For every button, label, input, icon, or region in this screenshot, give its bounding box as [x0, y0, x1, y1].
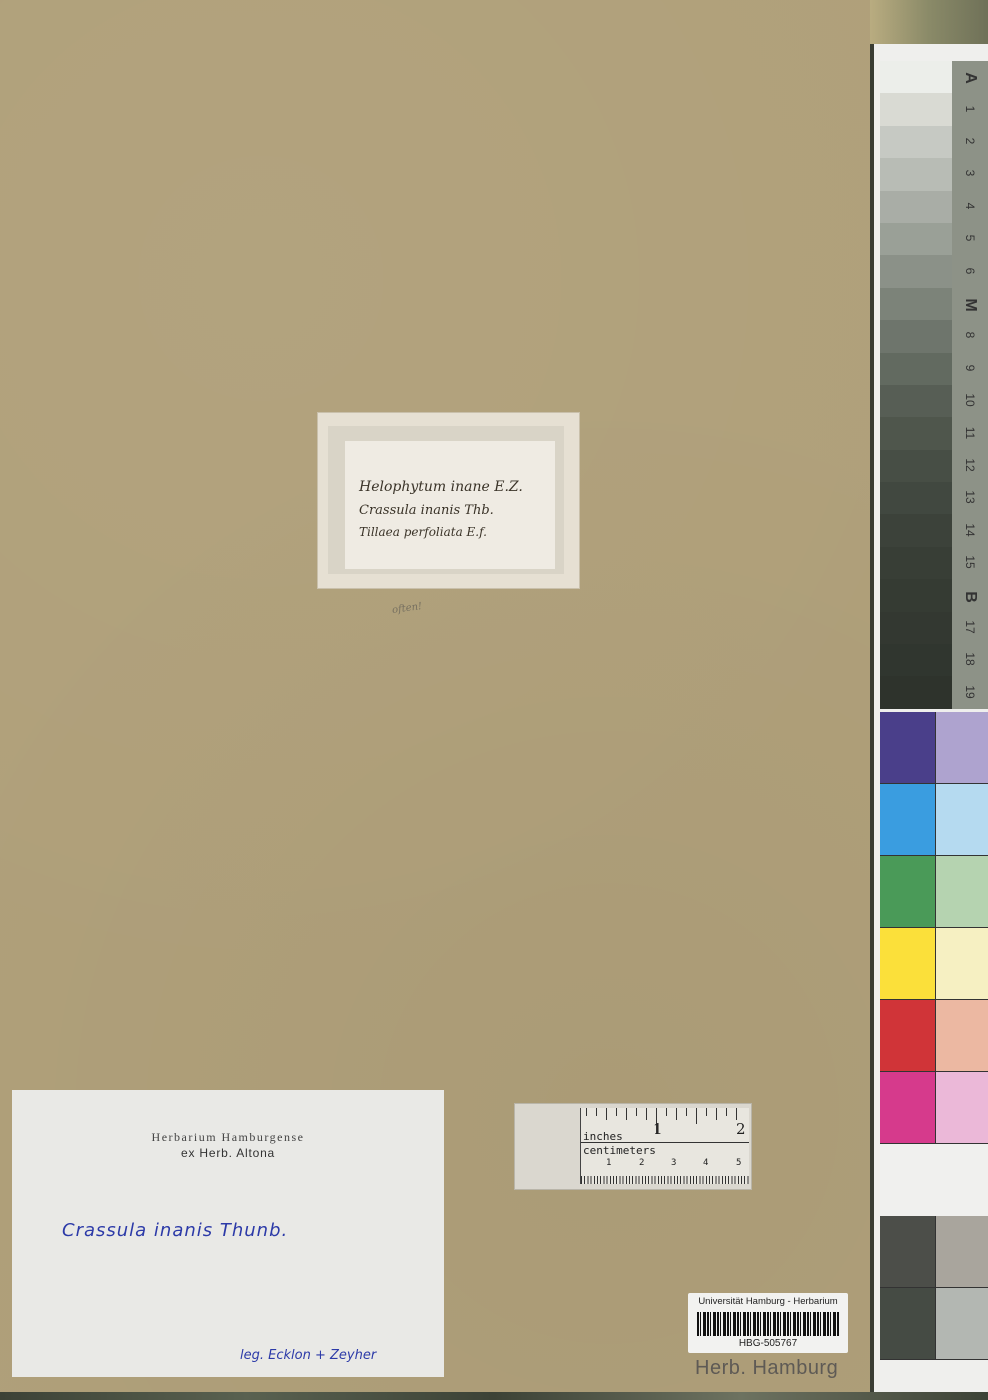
gray-patch	[880, 385, 952, 417]
gray-scale-label: 12	[963, 447, 977, 483]
mm-ticks	[581, 1176, 749, 1184]
gray-scale-label: 5	[963, 220, 977, 256]
gray-patch	[880, 158, 952, 190]
color-patch-row	[880, 856, 988, 928]
gray-scale-label: 17	[963, 609, 977, 645]
color-patch	[936, 1288, 988, 1359]
dark-patch-row	[880, 1216, 988, 1288]
color-patch	[880, 1288, 936, 1359]
gray-patch	[880, 288, 952, 320]
gray-patch	[880, 547, 952, 579]
dark-patch-row	[880, 1288, 988, 1360]
color-patch	[880, 856, 936, 927]
collector-note: leg. Ecklon + Zeyher	[240, 1348, 376, 1363]
pencil-annotation: often!	[391, 601, 422, 616]
gray-patch	[880, 450, 952, 482]
gray-patch	[880, 93, 952, 125]
color-calibration-chart: A123456M89101112131415B171819	[874, 44, 988, 1392]
catalog-number: HBG-505767	[688, 1338, 848, 1349]
gray-scale-labels: A123456M89101112131415B171819	[952, 61, 988, 709]
cm-mark-3: 3	[671, 1158, 676, 1168]
gray-patch	[880, 579, 952, 611]
color-patch-row	[880, 712, 988, 784]
historic-label: Helophytum inane E.Z. Crassula inanis Th…	[345, 441, 555, 569]
color-patch	[936, 1072, 988, 1143]
herbarium-label: Herbarium Hamburgense ex Herb. Altona Cr…	[12, 1090, 444, 1377]
background-top-right	[870, 0, 988, 44]
gray-scale-label: 11	[963, 415, 977, 451]
color-patch	[880, 1216, 936, 1287]
ruler-scale: inches 1 2 centimeters 1 2 3 4 5	[580, 1108, 749, 1184]
color-patch	[880, 712, 936, 783]
herbarium-sheet: Helophytum inane E.Z. Crassula inanis Th…	[0, 0, 870, 1392]
cm-mark-5: 5	[736, 1158, 741, 1168]
gray-patch	[880, 612, 952, 644]
gray-patch	[880, 514, 952, 546]
color-patch	[880, 1072, 936, 1143]
herbarium-label-title: Herbarium Hamburgense	[12, 1130, 444, 1145]
color-patch	[936, 1000, 988, 1071]
gray-patch	[880, 255, 952, 287]
gray-patch	[880, 126, 952, 158]
gray-scale-label: 14	[963, 512, 977, 548]
color-patches	[880, 712, 988, 1360]
color-patch	[936, 856, 988, 927]
gray-scale-label: 8	[963, 317, 977, 353]
color-patch	[880, 928, 936, 999]
historic-label-mount: Helophytum inane E.Z. Crassula inanis Th…	[318, 413, 579, 588]
gray-scale-label: 15	[963, 544, 977, 580]
gray-scale-label: 1	[963, 91, 977, 127]
color-patch-row	[880, 1000, 988, 1072]
barcode	[697, 1312, 839, 1336]
color-patch	[880, 784, 936, 855]
inch-mark-2: 2	[736, 1120, 746, 1138]
historic-label-line-3: Tillaea perfoliata E.f.	[359, 525, 487, 539]
white-patch	[880, 1144, 988, 1216]
taxon-name: Crassula inanis Thunb.	[62, 1220, 288, 1241]
cm-mark-1: 1	[606, 1158, 611, 1168]
gray-scale-label: 6	[963, 253, 977, 289]
color-patch	[936, 712, 988, 783]
gray-scale-label: 13	[963, 479, 977, 515]
scale-ruler: inches 1 2 centimeters 1 2 3 4 5	[514, 1103, 752, 1190]
gray-scale-label: 18	[963, 641, 977, 677]
gray-patch	[880, 353, 952, 385]
gray-patch	[880, 644, 952, 676]
color-patch-row	[880, 928, 988, 1000]
gray-patch	[880, 417, 952, 449]
cm-mark-4: 4	[703, 1158, 708, 1168]
color-patch	[936, 1216, 988, 1287]
ruler-divider	[581, 1142, 749, 1143]
color-patch	[936, 928, 988, 999]
gray-patch	[880, 223, 952, 255]
gray-scale-label: 2	[963, 123, 977, 159]
inch-mark-1: 1	[653, 1120, 663, 1138]
cm-mark-2: 2	[639, 1158, 644, 1168]
gray-scale-label: 3	[963, 155, 977, 191]
gray-patch	[880, 676, 952, 708]
barcode-institution: Universität Hamburg - Herbarium	[688, 1296, 848, 1307]
gray-scale-label: 10	[963, 382, 977, 418]
color-patch-row	[880, 1072, 988, 1144]
centimeters-label: centimeters	[583, 1144, 656, 1157]
color-patch	[936, 784, 988, 855]
gray-patch	[880, 320, 952, 352]
gray-patch	[880, 482, 952, 514]
historic-label-line-1: Helophytum inane E.Z.	[359, 479, 523, 495]
herbarium-stamp: Herb. Hamburg	[695, 1357, 838, 1380]
herbarium-label-subtitle: ex Herb. Altona	[12, 1146, 444, 1160]
historic-label-line-2: Crassula inanis Thb.	[359, 503, 494, 518]
background-bottom-strip	[0, 1392, 988, 1400]
barcode-label: Universität Hamburg - Herbarium HBG-5057…	[688, 1293, 848, 1353]
color-patch-row	[880, 784, 988, 856]
color-patch	[880, 1000, 936, 1071]
gray-scale-label: 9	[963, 350, 977, 386]
gray-patch	[880, 61, 952, 93]
gray-scale-patches	[880, 61, 952, 709]
gray-scale-label: 19	[963, 674, 977, 710]
gray-scale-label: 4	[963, 188, 977, 224]
gray-patch	[880, 191, 952, 223]
